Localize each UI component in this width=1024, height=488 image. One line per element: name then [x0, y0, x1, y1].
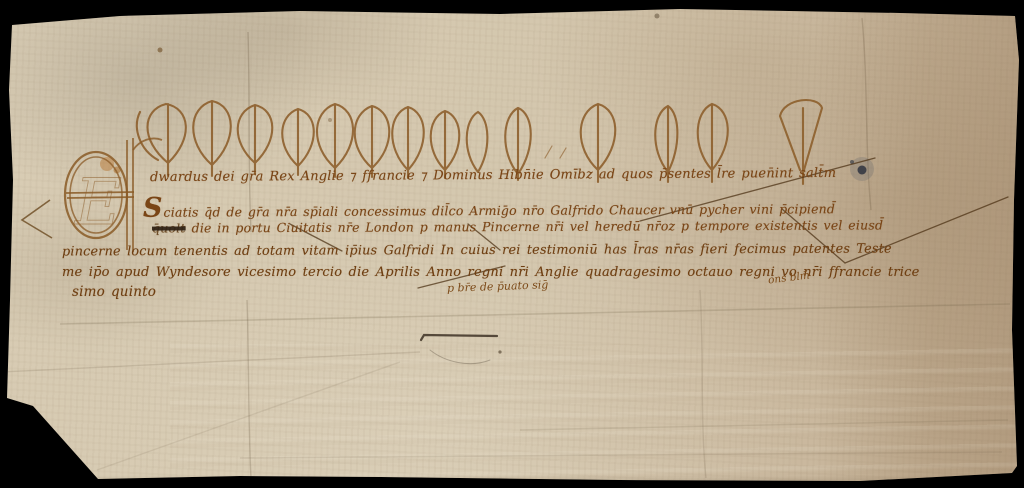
parchment-document: E dwardus dei gr̄a Rex Anglie ⁊: [0, 0, 1024, 488]
charter-text-line-4: pincerne locum tenentis ad totam vitam i…: [62, 242, 892, 260]
struck-word: q̄uolt: [152, 220, 186, 235]
initial-letter-glyph: E: [74, 166, 122, 240]
pen-stroke: [421, 335, 497, 364]
margin-chevron-icon: [22, 200, 52, 238]
photo-stage: E dwardus dei gr̄a Rex Anglie ⁊: [0, 0, 1024, 488]
charter-text-line-3: q̄uoltdie in portu Ciuitatis nr̄e London…: [152, 217, 883, 235]
charter-text-line-6: simo quinto: [72, 284, 156, 300]
charter-text-line-3-body: die in portu Ciuitatis nr̄e London p man…: [192, 217, 884, 235]
